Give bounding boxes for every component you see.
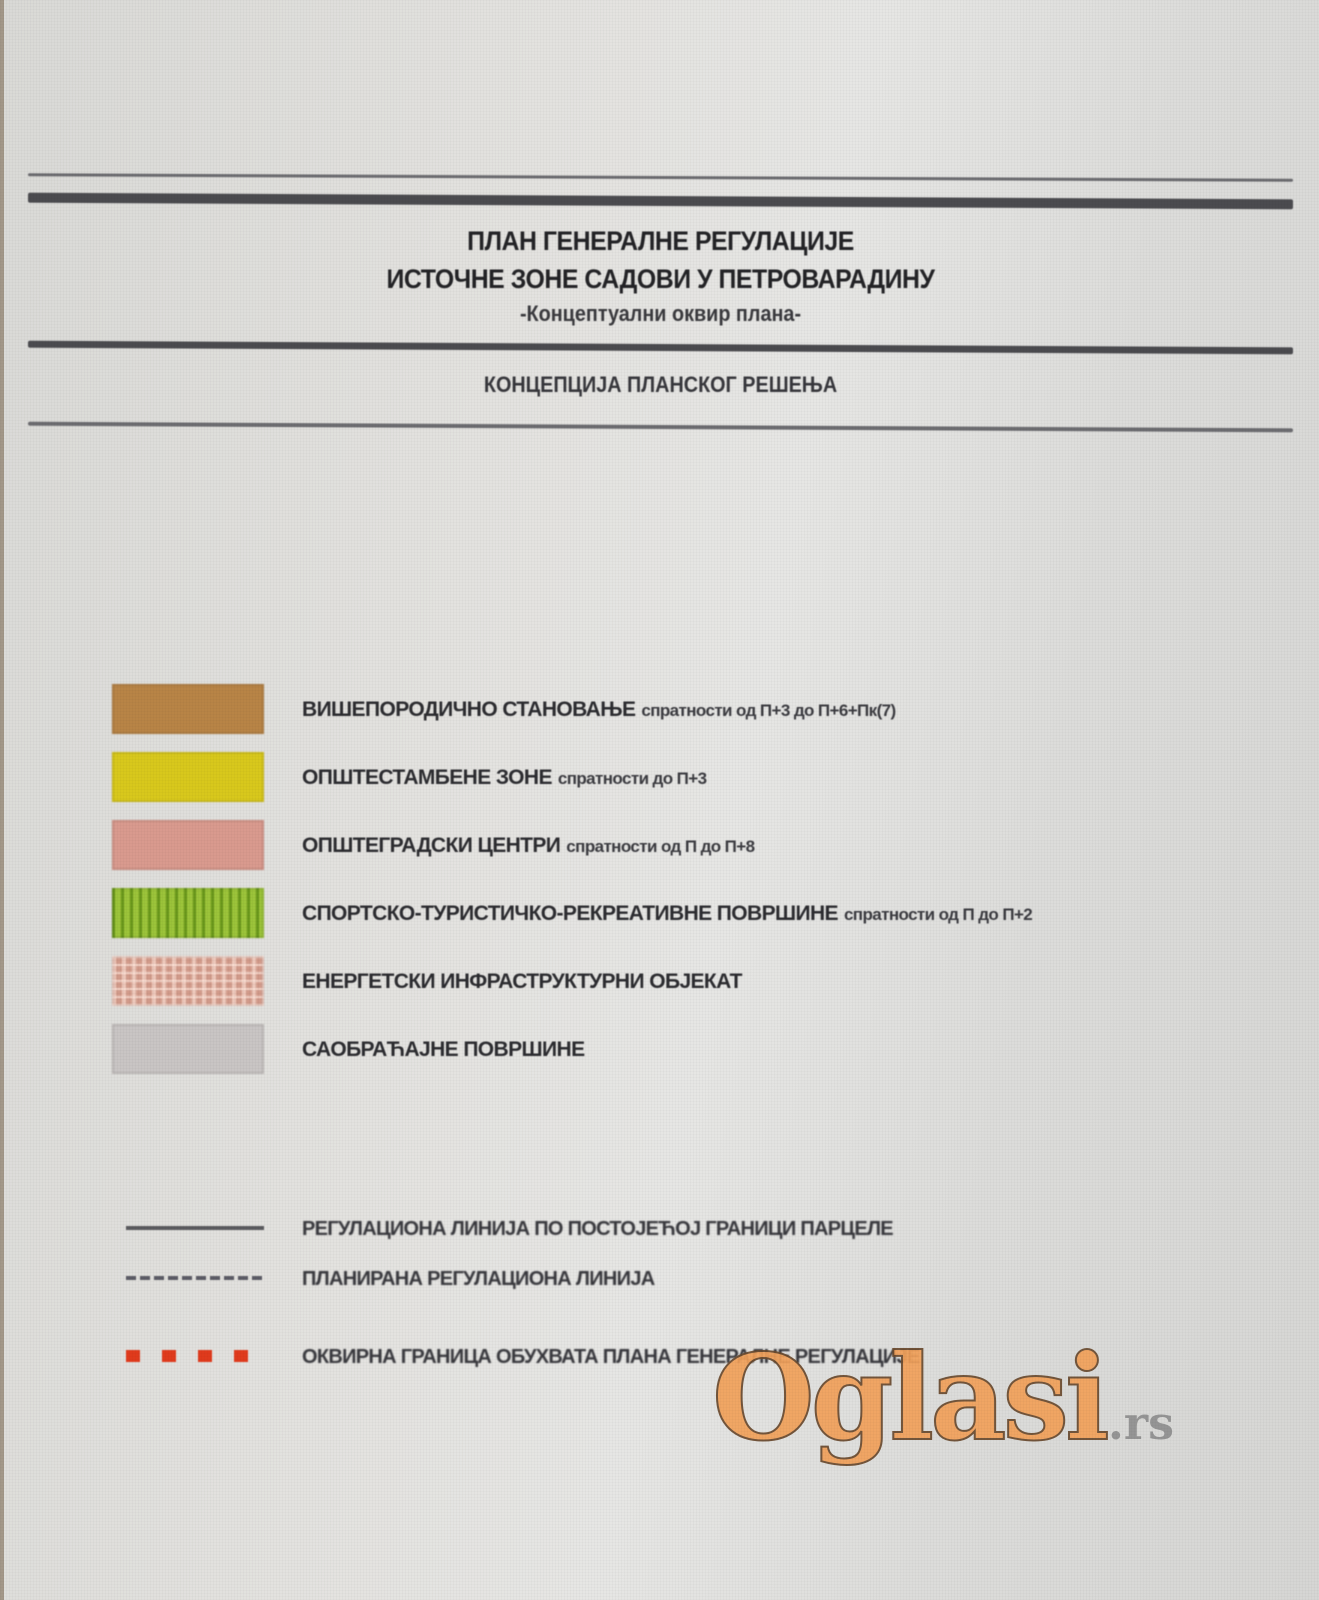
legend-label: САОБРАЋАЈНЕ ПОВРШИНЕ <box>302 1038 584 1062</box>
legend-swatch-traffic-areas <box>112 1024 264 1074</box>
legend-label-note: спратности од П до П+8 <box>566 837 754 856</box>
legend-item: ОПШТЕСТАМБЕНЕ ЗОНЕспратности до П+3 <box>112 752 1262 820</box>
legend-label-main: ОПШТЕГРАДСКИ ЦЕНТРИ <box>302 834 560 857</box>
legend-label-note: спратности до П+3 <box>558 769 707 788</box>
legend-item: ОПШТЕГРАДСКИ ЦЕНТРИспратности од П до П+… <box>112 820 1262 888</box>
legend-item: ЕНЕРГЕТСКИ ИНФРАСТРУКТУРНИ ОБЈЕКАТ <box>112 956 1262 1024</box>
legend-swatch-multifamily <box>112 684 264 734</box>
red-dotted-boundary-symbol <box>126 1350 264 1362</box>
legend-label-main: САОБРАЋАЈНЕ ПОВРШИНЕ <box>302 1038 584 1061</box>
watermark-tld: .rs <box>1108 1396 1174 1450</box>
legend-swatch-energy-infrastructure <box>112 956 264 1006</box>
document-subtitle: -Концептуални оквир плана- <box>91 298 1230 330</box>
oglasi-watermark: Oglasi.rs <box>712 1328 1174 1467</box>
legend-swatch-city-centers <box>112 820 264 870</box>
solid-line-symbol <box>126 1226 264 1230</box>
legend-label-note: спратности од П до П+2 <box>844 905 1032 924</box>
legend-line-item: ПЛАНИРАНА РЕГУЛАЦИОНА ЛИНИЈА <box>112 1262 1262 1312</box>
legend-line-label: РЕГУЛАЦИОНА ЛИНИЈА ПО ПОСТОЈЕЋОЈ ГРАНИЦИ… <box>302 1218 893 1241</box>
legend-label-note: спратности од П+3 до П+6+Пк(7) <box>641 701 895 720</box>
photographed-screen: ПЛАН ГЕНЕРАЛНЕ РЕГУЛАЦИЈЕ ИСТОЧНЕ ЗОНЕ С… <box>0 0 1319 1600</box>
legend-swatch-residential-zones <box>112 752 264 802</box>
legend-label-main: ЕНЕРГЕТСКИ ИНФРАСТРУКТУРНИ ОБЈЕКАТ <box>302 970 742 993</box>
legend-label-main: ОПШТЕСТАМБЕНЕ ЗОНЕ <box>302 766 552 789</box>
document-title-line-1: ПЛАН ГЕНЕРАЛНЕ РЕГУЛАЦИЈЕ <box>79 222 1243 260</box>
title-block: ПЛАН ГЕНЕРАЛНЕ РЕГУЛАЦИЈЕ ИСТОЧНЕ ЗОНЕ С… <box>28 222 1293 330</box>
document-title-line-2: ИСТОЧНЕ ЗОНЕ САДОВИ У ПЕТРОВАРАДИНУ <box>79 260 1243 298</box>
legend-swatch-sport-recreation <box>112 888 264 938</box>
dashed-line-symbol <box>126 1276 264 1280</box>
section-heading: КОНЦЕПЦИЈА ПЛАНСКОГ РЕШЕЊА <box>91 372 1230 398</box>
legend-label: ВИШЕПОРОДИЧНО СТАНОВАЊЕспратности од П+3… <box>302 698 896 722</box>
legend-label-main: СПОРТСКО-ТУРИСТИЧКО-РЕКРЕАТИВНЕ ПОВРШИНЕ <box>302 902 838 925</box>
watermark-brand: Oglasi <box>712 1328 1106 1467</box>
legend-label: ОПШТЕГРАДСКИ ЦЕНТРИспратности од П до П+… <box>302 834 754 858</box>
legend-item: САОБРАЋАЈНЕ ПОВРШИНЕ <box>112 1024 1262 1092</box>
legend-line-item: РЕГУЛАЦИОНА ЛИНИЈА ПО ПОСТОЈЕЋОЈ ГРАНИЦИ… <box>112 1212 1262 1262</box>
area-legend: ВИШЕПОРОДИЧНО СТАНОВАЊЕспратности од П+3… <box>112 684 1262 1092</box>
title-frame-rule-top-thin <box>28 173 1293 182</box>
title-frame-rule-middle <box>28 341 1293 355</box>
legend-item: СПОРТСКО-ТУРИСТИЧКО-РЕКРЕАТИВНЕ ПОВРШИНЕ… <box>112 888 1262 956</box>
title-frame-rule-bottom <box>28 422 1293 433</box>
legend-line-label: ПЛАНИРАНА РЕГУЛАЦИОНА ЛИНИЈА <box>302 1268 655 1291</box>
legend-label: ЕНЕРГЕТСКИ ИНФРАСТРУКТУРНИ ОБЈЕКАТ <box>302 970 742 994</box>
title-frame-rule-top <box>28 193 1293 210</box>
legend-item: ВИШЕПОРОДИЧНО СТАНОВАЊЕспратности од П+3… <box>112 684 1262 752</box>
legend-label: СПОРТСКО-ТУРИСТИЧКО-РЕКРЕАТИВНЕ ПОВРШИНЕ… <box>302 902 1032 926</box>
legend-label-main: ВИШЕПОРОДИЧНО СТАНОВАЊЕ <box>302 698 635 721</box>
monitor-bezel-edge <box>0 0 4 1600</box>
legend-label: ОПШТЕСТАМБЕНЕ ЗОНЕспратности до П+3 <box>302 766 706 790</box>
